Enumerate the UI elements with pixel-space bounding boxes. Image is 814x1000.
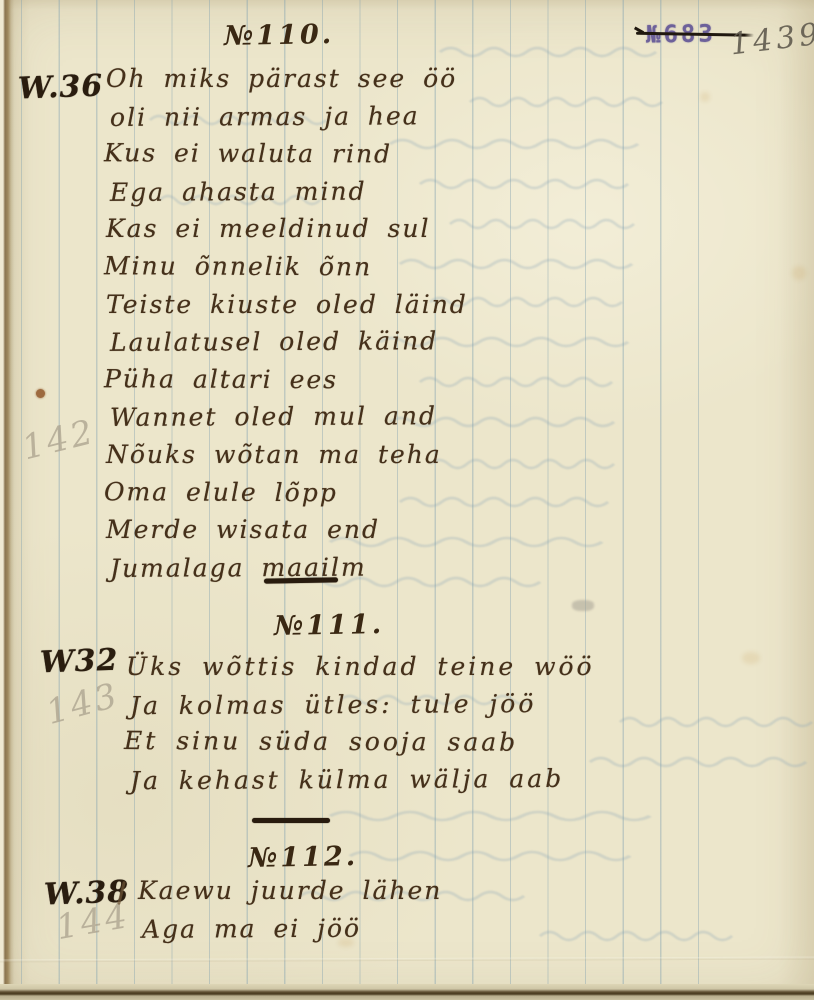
poem-line: Ja kehast külma wälja aab xyxy=(130,760,595,800)
section-heading-112: №112. xyxy=(248,841,359,874)
archival-stamp: №683 xyxy=(646,19,716,48)
poem-section-110: Oh miks pärast see ööoli nii armas ja he… xyxy=(106,60,468,586)
foxing-spot xyxy=(700,92,710,102)
poem-line: Et sinu süda sooja saab xyxy=(124,722,595,762)
poem-line: Püha altari ees xyxy=(104,360,468,399)
poem-line: Minu õnnelik õnn xyxy=(104,247,468,286)
poem-line: Üks wõttis kindad teine wöö xyxy=(126,648,595,686)
poem-line: Kaewu juurde lähen xyxy=(138,872,442,910)
poem-line: Nõuks wõtan ma teha xyxy=(106,436,468,474)
margin-label-w36: W.36 xyxy=(17,69,103,107)
section-divider xyxy=(252,818,330,823)
binding-edge xyxy=(0,0,14,1000)
poem-line: Kus ei waluta rind xyxy=(104,134,468,173)
poem-line: oli nii armas ja hea xyxy=(110,97,468,136)
poem-line: Oma elule lõpp xyxy=(104,473,468,512)
section-heading-110: №110. xyxy=(224,19,335,52)
gray-smudge xyxy=(572,600,594,611)
poem-line: Ja kolmas ütles: tule jöö xyxy=(130,684,595,724)
poem-line: Wannet oled mul and xyxy=(110,397,468,436)
foxing-spot xyxy=(792,266,806,280)
poem-line: Teiste kiuste oled läind xyxy=(106,286,468,324)
poem-line: Ega ahasta mind xyxy=(110,172,468,211)
margin-label-w32: W32 xyxy=(39,643,119,681)
poem-line: Kas ei meeldinud sul xyxy=(106,210,468,248)
manuscript-page-scan: №683 1439 №110. W.36 142 Oh miks pärast … xyxy=(0,0,814,1000)
poem-line: Laulatusel oled käind xyxy=(110,322,468,361)
poem-line: Oh miks pärast see öö xyxy=(106,60,468,98)
poem-section-112: Kaewu juurde lähenAga ma ei jöö xyxy=(138,872,442,947)
poem-section-111: Üks wõttis kindad teine wööJa kolmas ütl… xyxy=(126,648,595,798)
poem-line: Aga ma ei jöö xyxy=(142,909,443,948)
ink-dot-stain xyxy=(36,389,45,398)
foxing-spot xyxy=(742,652,760,664)
page-bottom-edge xyxy=(0,984,814,1000)
poem-line: Merde wisata end xyxy=(106,511,468,549)
section-heading-111: №111. xyxy=(274,609,385,642)
foxing-spot xyxy=(338,938,354,947)
